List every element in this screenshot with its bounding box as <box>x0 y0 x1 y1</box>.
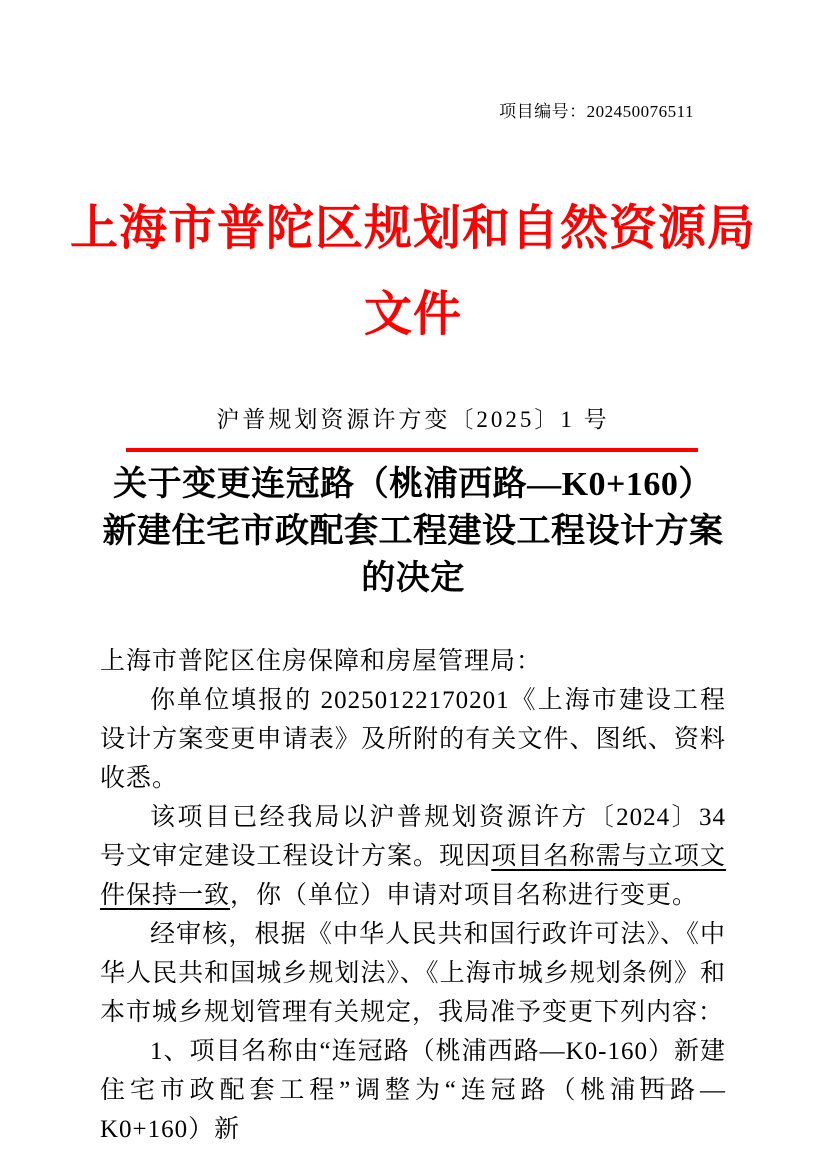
project-number-label: 项目编号： <box>499 102 587 121</box>
footer-dash-right: — <box>649 1071 684 1095</box>
paragraph-approval-basis-text: 经审核，根据《中华人民共和国行政许可法》、《中华人民共和国城乡规划法》、《上海市… <box>100 921 726 1026</box>
red-separator-line <box>126 448 698 452</box>
page-footer: —1— <box>604 1071 685 1096</box>
paragraph-change-reason: 该项目已经我局以沪普规划资源许方〔2024〕34 号文审定建设工程设计方案。现因… <box>100 798 726 915</box>
paragraph-receipt: 你单位填报的 20250122170201《上海市建设工程设计方案变更申请表》及… <box>100 681 726 798</box>
document-title-line2: 新建住宅市政配套工程建设工程设计方案 <box>0 508 826 555</box>
issuing-org-letterhead: 上海市普陀区规划和自然资源局 文件 <box>0 186 826 358</box>
paragraph-change-reason-after: ，你（单位）申请对项目名称进行变更。 <box>230 882 698 909</box>
org-letterhead-line2: 文件 <box>0 272 826 358</box>
document-title-line1: 关于变更连冠路（桃浦西路—K0+160） <box>0 461 826 508</box>
paragraph-receipt-text: 你单位填报的 20250122170201《上海市建设工程设计方案变更申请表》及… <box>100 687 726 792</box>
document-title: 关于变更连冠路（桃浦西路—K0+160） 新建住宅市政配套工程建设工程设计方案 … <box>0 461 826 602</box>
salutation: 上海市普陀区住房保障和房屋管理局： <box>100 642 726 681</box>
paragraph-approval-basis: 经审核，根据《中华人民共和国行政许可法》、《中华人民共和国城乡规划法》、《上海市… <box>100 915 726 1032</box>
page-number: 1 <box>639 1071 650 1095</box>
document-page: 项目编号：202450076511 上海市普陀区规划和自然资源局 文件 沪普规划… <box>0 0 826 1169</box>
footer-dash-left: — <box>604 1071 639 1095</box>
document-reference-number: 沪普规划资源许方变〔2025〕1 号 <box>0 401 826 434</box>
project-number: 项目编号：202450076511 <box>499 97 694 122</box>
project-number-value: 202450076511 <box>587 102 694 121</box>
document-title-line3: 的决定 <box>0 555 826 602</box>
org-letterhead-line1: 上海市普陀区规划和自然资源局 <box>0 186 826 272</box>
